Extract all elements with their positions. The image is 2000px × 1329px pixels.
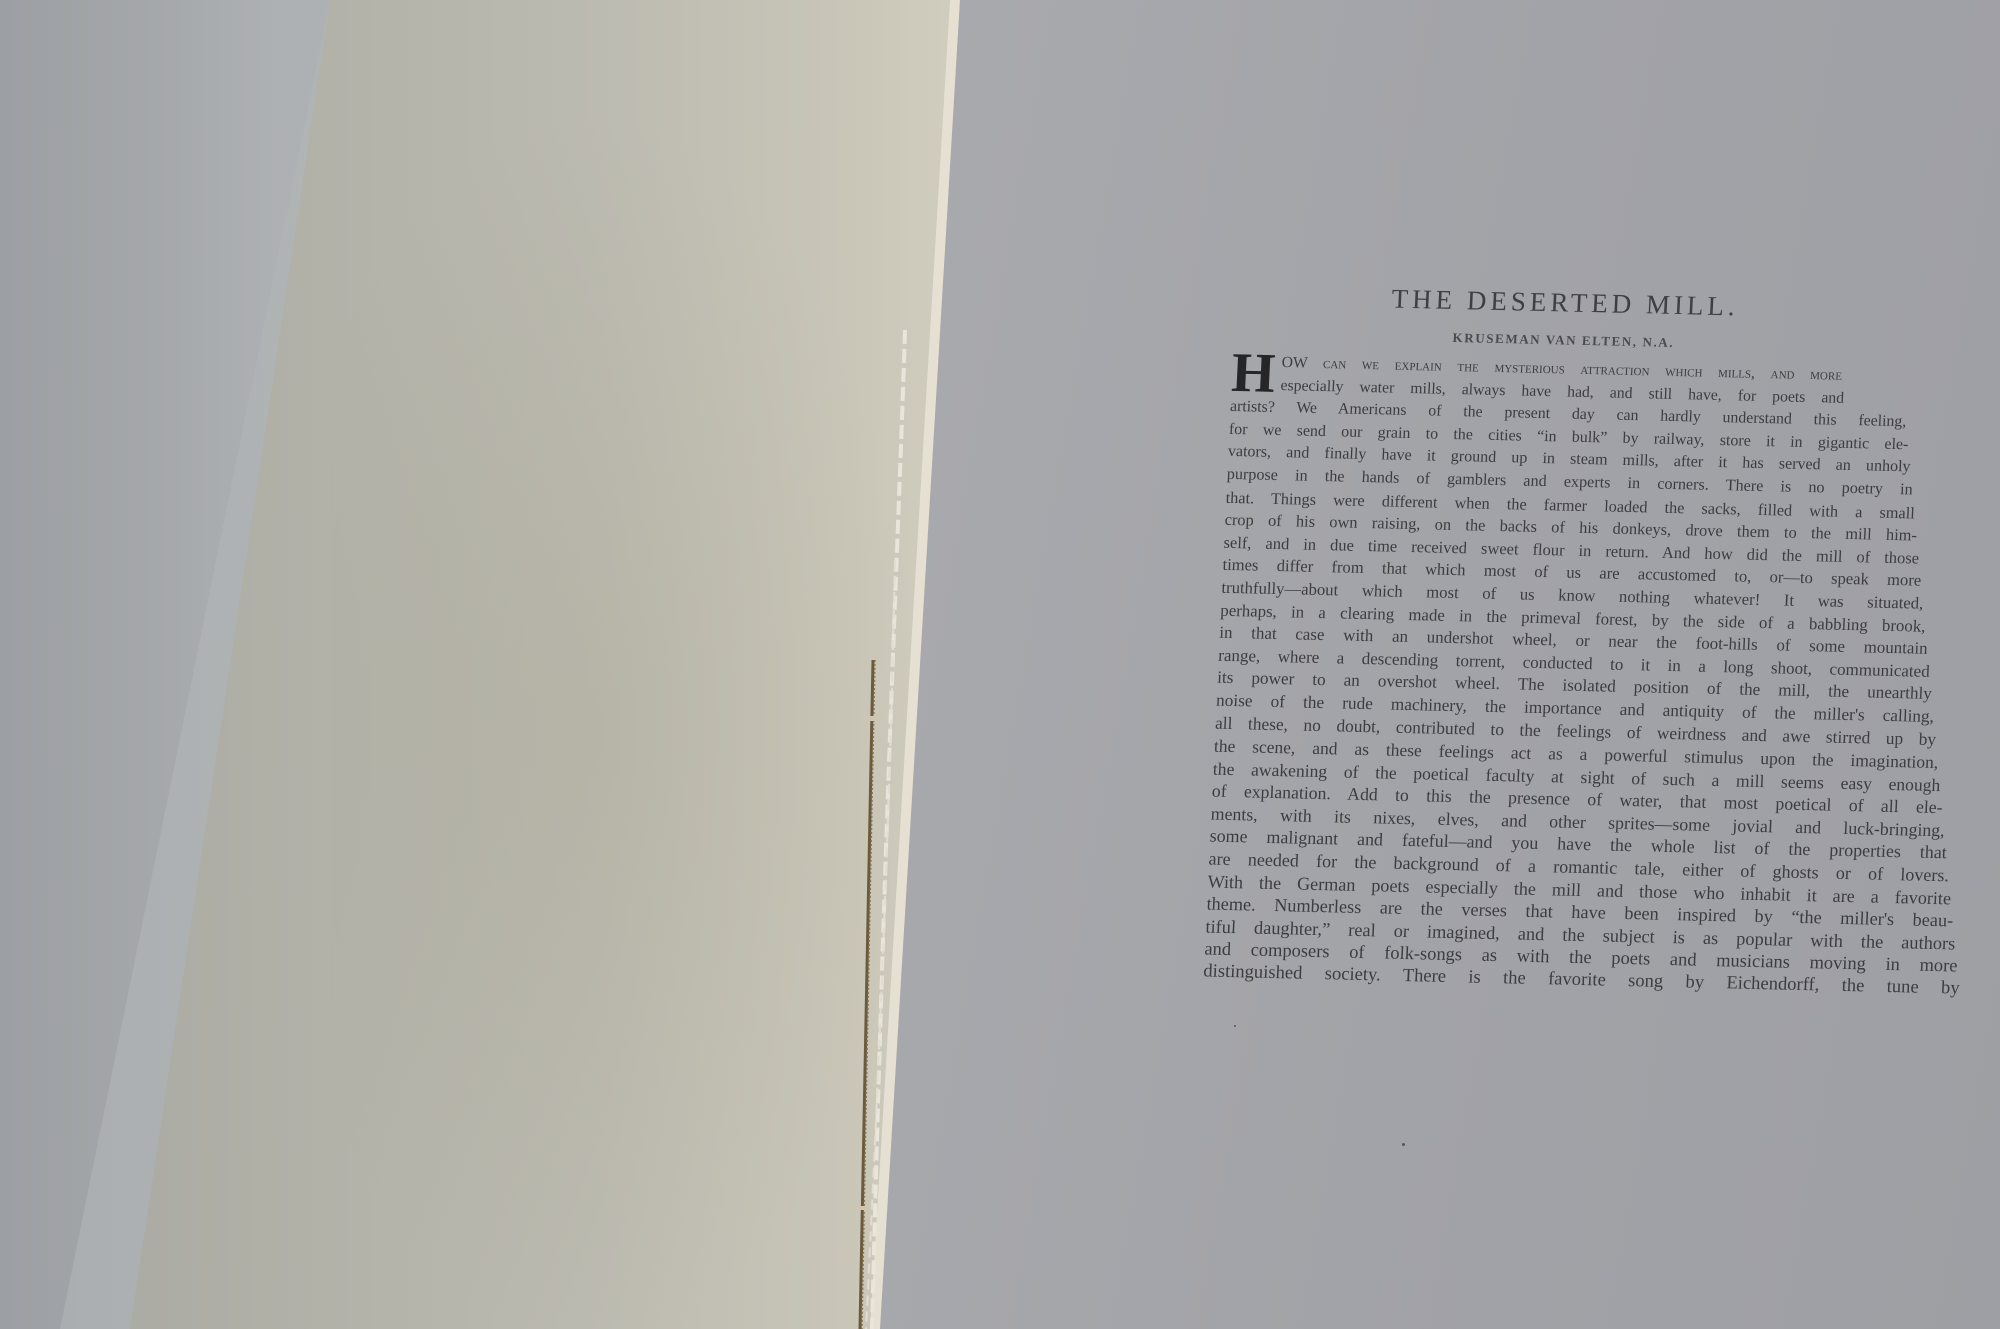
paper-speck xyxy=(1402,1143,1405,1146)
paper-speck xyxy=(1234,1025,1236,1027)
drop-cap: H xyxy=(1231,353,1276,394)
article-body: H OW can we explain the mysterious attra… xyxy=(1203,351,1933,999)
article-author: KRUSEMAN VAN ELTEN, N.A. xyxy=(1233,325,1934,357)
article-text-block: THE DESERTED MILL. KRUSEMAN VAN ELTEN, N… xyxy=(1203,280,1936,999)
